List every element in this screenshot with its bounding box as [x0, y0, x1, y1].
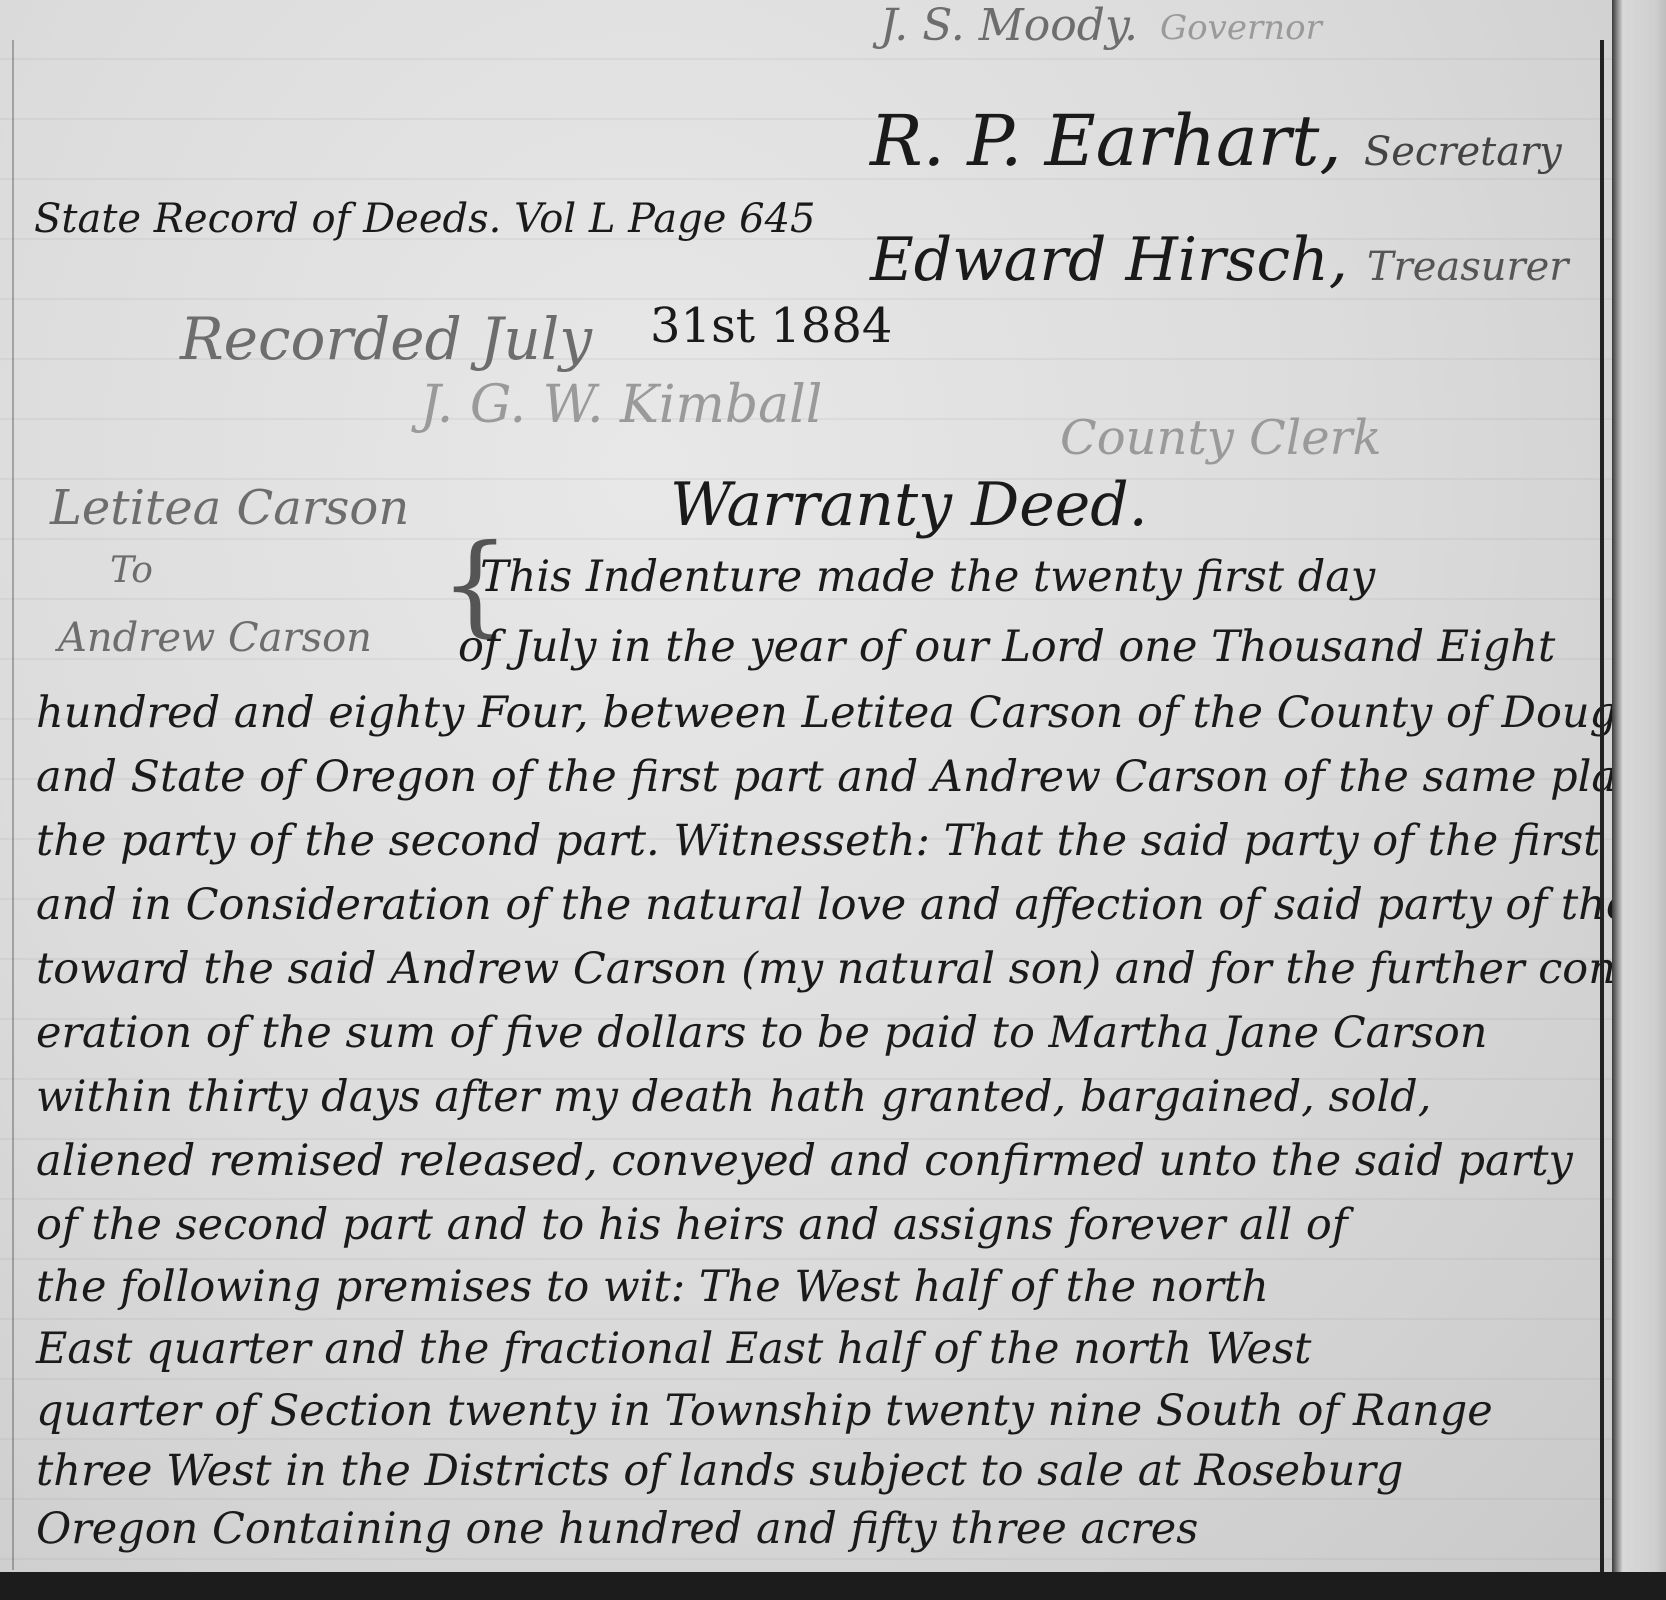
body-line-16: Oregon Containing one hundred and fifty … [36, 1504, 1198, 1554]
signature-treasurer-name: Edward Hirsch, [870, 225, 1348, 295]
body-line-3: hundred and eighty Four, between Letitea… [36, 688, 1612, 738]
page-edge-bottom [0, 1572, 1666, 1600]
body-line-11: of the second part and to his heirs and … [36, 1200, 1348, 1250]
clerk-title: County Clerk [1060, 410, 1382, 466]
signature-secretary-name: R. P. Earhart, [870, 100, 1342, 182]
margin-grantee: Andrew Carson [58, 615, 372, 661]
body-line-8: eration of the sum of five dollars to be… [36, 1008, 1487, 1058]
body-line-7: toward the said Andrew Carson (my natura… [36, 944, 1612, 994]
body-line-1: This Indenture made the twenty first day [480, 552, 1375, 602]
body-line-9: within thirty days after my death hath g… [36, 1072, 1431, 1122]
signature-treasurer: Edward Hirsch, Treasurer [870, 225, 1568, 295]
clerk-signature: J. G. W. Kimball [420, 375, 822, 435]
signature-governor-title: Governor [1160, 8, 1322, 48]
body-line-6: and in Consideration of the natural love… [36, 880, 1612, 930]
margin-grantor: Letitea Carson [50, 480, 409, 536]
body-line-15: three West in the Districts of lands sub… [36, 1446, 1403, 1496]
deed-page: State Record of Deeds. Vol L Page 645 J.… [0, 0, 1612, 1572]
margin-rule [12, 40, 14, 1570]
body-line-5: the party of the second part. Witnesseth… [36, 816, 1612, 866]
recorded-date: 31st 1884 [650, 298, 892, 354]
body-line-10: aliened remised released, conveyed and c… [36, 1136, 1573, 1186]
signature-secretary-title: Secretary [1364, 129, 1562, 175]
record-reference: State Record of Deeds. Vol L Page 645 [34, 196, 815, 242]
deed-title: Warranty Deed. [670, 470, 1148, 540]
recorded-label: Recorded July [180, 305, 592, 373]
body-line-13: East quarter and the fractional East hal… [36, 1324, 1311, 1374]
margin-to: To [110, 550, 153, 591]
page-edge-right [1612, 0, 1666, 1600]
body-line-2: of July in the year of our Lord one Thou… [458, 622, 1555, 672]
body-line-12: the following premises to wit: The West … [36, 1262, 1269, 1312]
signature-treasurer-title: Treasurer [1367, 244, 1569, 290]
body-line-4: and State of Oregon of the first part an… [36, 752, 1612, 802]
body-line-14: quarter of Section twenty in Township tw… [36, 1386, 1493, 1436]
signature-secretary: R. P. Earhart, Secretary [870, 100, 1562, 182]
signature-governor: J. S. Moody. [880, 0, 1138, 51]
right-margin-rule [1600, 40, 1604, 1572]
